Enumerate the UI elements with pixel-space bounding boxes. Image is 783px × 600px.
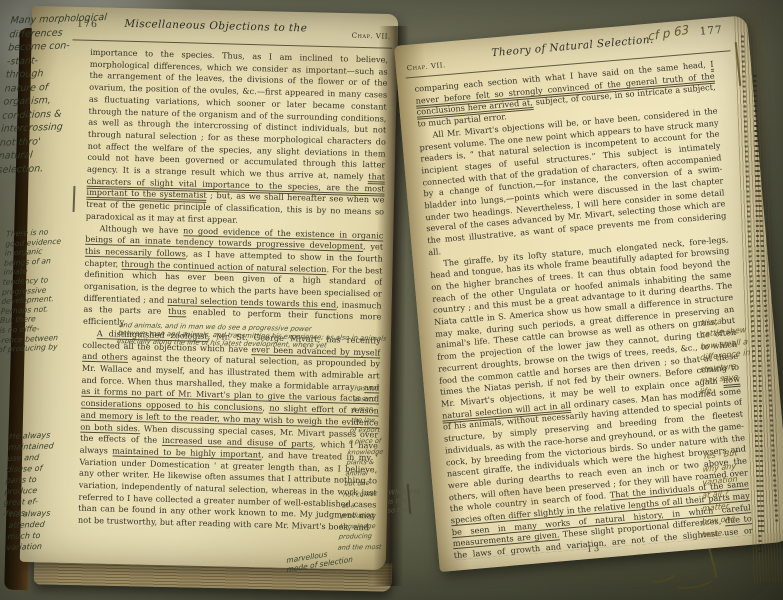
handwritten-note-left-gutter: has not absurd a man. the law of export … bbox=[345, 383, 406, 553]
paragraph: Although we have no good evidence of the… bbox=[83, 222, 384, 335]
handwritten-note-right-gutter: What way is this so that bbox=[387, 485, 439, 515]
handwritten-note-left-bottom: He always attended much to variation bbox=[7, 507, 68, 553]
handwritten-note-niata: Niata cattle shew how small a difference… bbox=[696, 310, 783, 398]
right-page-number: 177 bbox=[699, 24, 723, 38]
photo-of-open-book: 176 Miscellaneous Objections to the Chap… bbox=[0, 0, 783, 600]
handwritten-note-left-top: Many morphological differences become co… bbox=[1, 9, 157, 176]
handwritten-note-yes-but: Yes - But why any variation at all ? mat… bbox=[697, 442, 783, 541]
handwritten-note-left-middle: There is no good evidence in organic bei… bbox=[0, 226, 75, 354]
handwritten-note-left-lower: He always maintained use and disuse of p… bbox=[4, 429, 67, 519]
paragraph: All Mr. Mivart's objections will be, or … bbox=[418, 105, 728, 258]
signature-mark: I 3 bbox=[587, 544, 599, 555]
paragraph: A distinguished zoologist, Mr. St. Georg… bbox=[78, 328, 381, 535]
ink-scribble bbox=[671, 568, 717, 591]
